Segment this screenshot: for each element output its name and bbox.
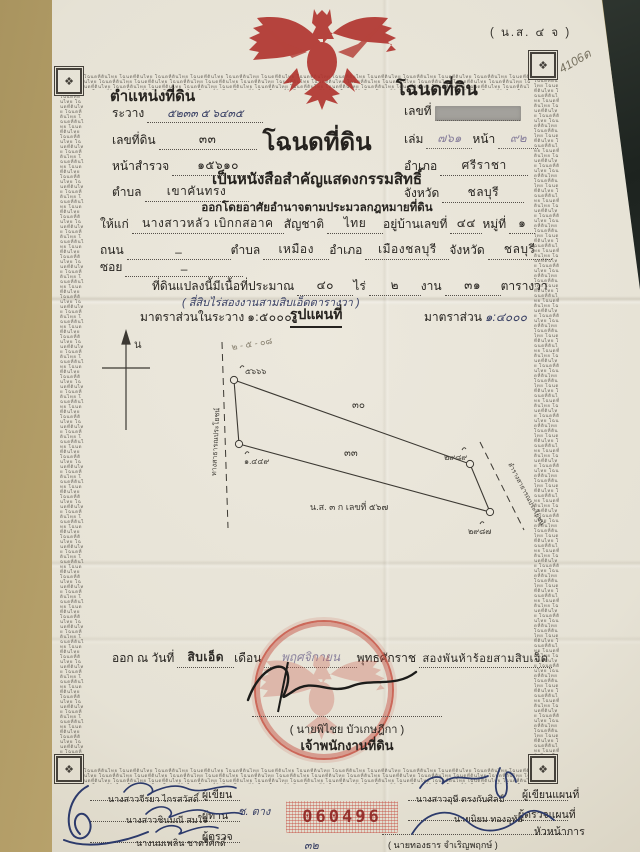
parcel-number: ๓๓ (344, 448, 358, 459)
grantee-name: นางสาวหลัว เบิกกสอาค (132, 214, 284, 234)
rawang-value: ๕๒๓๓ ๕ ๖๔๓๕ (147, 104, 263, 123)
grantee-amphoe-label: อำเภอ (329, 241, 365, 260)
north-label: น (134, 339, 142, 351)
deed-number-label: เลขที่ (404, 102, 435, 121)
grantee-province-label: จังหวัด (449, 241, 487, 260)
land-no-label: เลขที่ดิน (112, 131, 159, 150)
sub-title: เป็นหนังสือสำคัญแสดงกรรมสิทธิ์ (172, 167, 462, 191)
garuda-emblem-icon (245, 4, 400, 118)
soi-label: ซอย (100, 258, 125, 277)
boundary-markers (230, 376, 493, 515)
left-boundary-label: ทางสาธารณประโยชน์ (209, 408, 222, 477)
scale-right-label: มาตราส่วน (424, 308, 485, 327)
deed-number-redacted (435, 106, 521, 121)
tambon-label: ตำบล (112, 183, 145, 202)
deed-paper: โฉนดที่ดินไทย โฉนดที่ดินไทย โฉนดที่ดินไท… (52, 0, 640, 852)
cadastral-map: น ๒ - ๕ - ๐๘ ทางสาธารณประโยชน์ ลำรางสาธา… (82, 326, 554, 556)
map-title: รูปแผนที่ (290, 304, 342, 328)
issue-prefix: ออก ณ วันที่ (112, 649, 177, 668)
grantee-amphoe: เมืองชลบุรี (365, 240, 449, 260)
moo-label: หมู่ที่ (482, 215, 509, 234)
address-no: ๔๔ (450, 214, 482, 234)
stamp-handwritten-mark: ๓๒ (304, 836, 319, 852)
land-officer-signature (234, 650, 434, 720)
corner-tl-label: ๕๖๖๖ (245, 367, 266, 376)
corner-bl-label: ๑.๔๔๙ (244, 457, 269, 466)
wa-label: ตารางวา (501, 277, 551, 296)
deed-block-title: โฉนดที่ดิน (396, 74, 478, 103)
nationality-label: สัญชาติ (284, 215, 327, 234)
area-wa: ๓๑ (445, 276, 501, 296)
north-arrow-icon (102, 331, 150, 430)
serial-number-stamp: 060496 (286, 801, 398, 833)
map-officials-signatures (404, 762, 564, 846)
border-microtext-left: โฉนดที่ดินไทย โฉนดที่ดินไทย โฉนดที่ดินไท… (60, 94, 84, 756)
issue-year: สองพันห้าร้อยสามสิบเจ็ด (419, 649, 552, 668)
map-ref-text: น.ส. ๓ ก เลขที่ ๕๖๗ (310, 500, 388, 512)
corner-rt-label: ๒๙๘๙ (444, 453, 467, 462)
scale-left-label: มาตราส่วนในระวาง (140, 308, 247, 327)
survey-label: หน้าสำรวจ (112, 157, 172, 176)
scale-left-value: ๑:๕๐๐๐ (247, 308, 292, 327)
photo-of-land-deed: โฉนดที่ดินไทย โฉนดที่ดินไทย โฉนดที่ดินไท… (0, 0, 640, 852)
serial-number: 060496 (302, 807, 381, 827)
land-officer-role: เจ้าพนักงานที่ดิน (232, 735, 462, 756)
rawang-label: ระวาง (112, 104, 147, 123)
seal-signature-line (252, 716, 442, 717)
nationality-value: ไทย (327, 214, 383, 234)
address-label: อยู่บ้านเลขที่ (383, 215, 450, 234)
page-label: หน้า (472, 130, 498, 149)
grantee-province: ชลบุรี (488, 240, 552, 260)
issue-day: สิบเอ็ด (177, 648, 234, 668)
soi-value: – (125, 262, 243, 277)
ngan-label: งาน (421, 277, 445, 296)
area-ngan: ๒ (369, 276, 421, 296)
form-code: ( น.ส. ๔ จ ) (490, 24, 571, 42)
give-label: ให้แก่ (100, 215, 132, 234)
border-corner-ornament: ❖ (530, 52, 556, 78)
moo-value: ๑ (509, 214, 535, 234)
border-corner-ornament: ❖ (56, 68, 82, 94)
main-title: โฉนดที่ดิน (172, 122, 462, 161)
scale-right-value: ๑:๔๐๐๐ (485, 308, 527, 327)
grantee-tambon: เหมือง (263, 240, 329, 260)
right-boundary-label: ลำรางสาธารณประโยชน์ (506, 461, 546, 527)
corner-rb-label: ๒๙๘๗ (468, 527, 491, 536)
map-pencil-date: ๒ - ๕ - ๐๘ (231, 336, 273, 352)
adjacent-parcel-number: ๓๐ (352, 400, 365, 411)
page-value: ๙๒ (498, 129, 538, 149)
clerk-signatures (116, 770, 266, 836)
